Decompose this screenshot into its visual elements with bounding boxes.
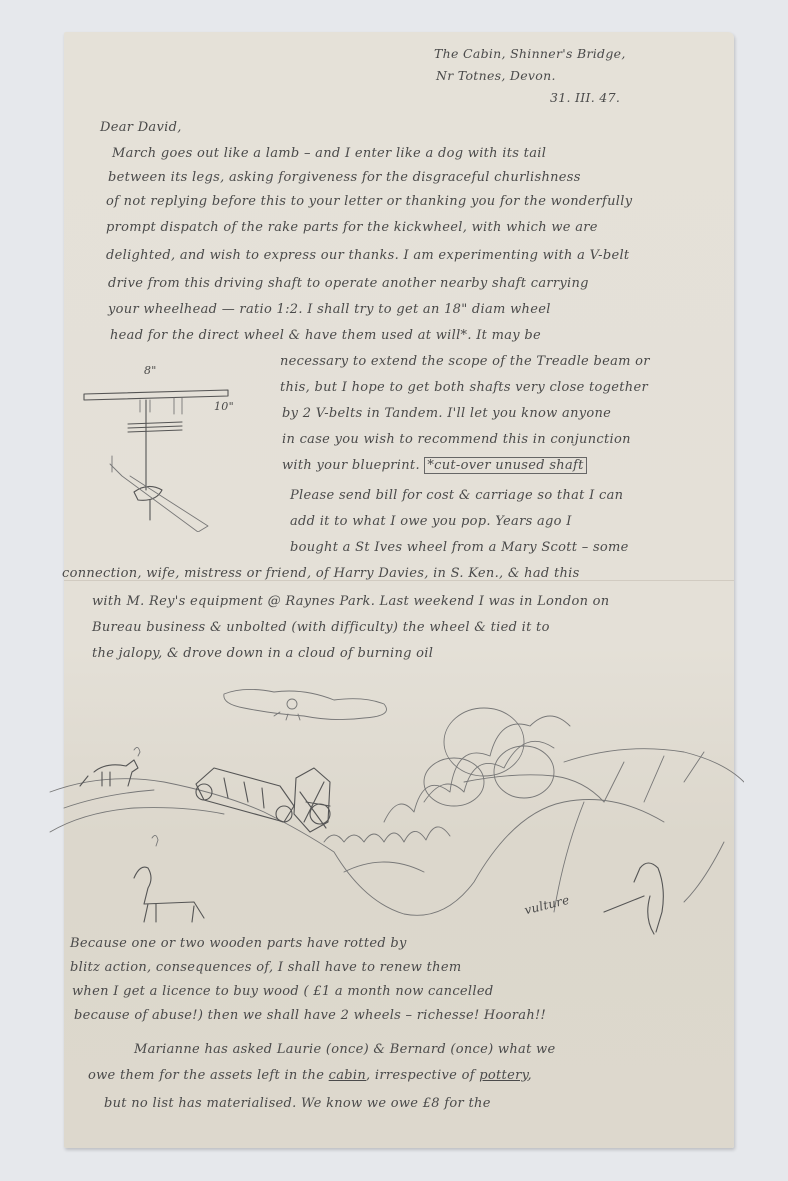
body-line: connection, wife, mistress or friend, of… <box>62 566 580 581</box>
body-line: the jalopy, & drove down in a cloud of b… <box>92 646 433 661</box>
body-text: with your blueprint. <box>282 458 420 473</box>
body-line: by 2 V-belts in Tandem. I'll let you kno… <box>282 406 611 421</box>
sketch-label-10in: 10" <box>214 400 234 413</box>
body-line: drive from this driving shaft to operate… <box>108 276 589 291</box>
address-line-2: Nr Totnes, Devon. <box>436 68 556 83</box>
body-line: prompt dispatch of the rake parts for th… <box>106 220 598 235</box>
letter-paper: The Cabin, Shinner's Bridge, Nr Totnes, … <box>64 32 734 1148</box>
body-line: head for the direct wheel & have them us… <box>110 328 541 343</box>
body-text: , <box>528 1068 532 1083</box>
body-line: Please send bill for cost & carriage so … <box>290 488 623 503</box>
body-line: blitz action, consequences of, I shall h… <box>70 960 461 975</box>
body-line: Marianne has asked Laurie (once) & Berna… <box>134 1042 555 1057</box>
body-line: delighted, and wish to express our thank… <box>106 248 629 263</box>
underlined-word-pottery: pottery <box>479 1068 527 1083</box>
body-line: but no list has materialised. We know we… <box>104 1096 491 1111</box>
body-line: add it to what I owe you pop. Years ago … <box>290 514 572 529</box>
boxed-footnote: *cut-over unused shaft <box>424 457 586 474</box>
jalopy-landscape-sketch <box>44 682 744 942</box>
body-line: with your blueprint. *cut-over unused sh… <box>282 458 587 473</box>
body-line: necessary to extend the scope of the Tre… <box>280 354 650 369</box>
body-line: in case you wish to recommend this in co… <box>282 432 631 447</box>
body-line: your wheelhead — ratio 1:2. I shall try … <box>108 302 551 317</box>
body-line: of not replying before this to your lett… <box>106 194 632 209</box>
address-line-1: The Cabin, Shinner's Bridge, <box>434 46 626 61</box>
salutation: Dear David, <box>100 120 182 135</box>
body-line: when I get a licence to buy wood ( £1 a … <box>72 984 493 999</box>
body-line: owe them for the assets left in the cabi… <box>88 1068 532 1083</box>
body-line: this, but I hope to get both shafts very… <box>280 380 648 395</box>
body-line: between its legs, asking forgiveness for… <box>108 170 581 185</box>
body-line: March goes out like a lamb – and I enter… <box>112 146 546 161</box>
body-line: Because one or two wooden parts have rot… <box>70 936 407 951</box>
body-line: bought a St Ives wheel from a Mary Scott… <box>290 540 629 555</box>
kickwheel-sketch <box>78 372 248 532</box>
body-text: owe them for the assets left in the <box>88 1068 329 1083</box>
sketch-label-8in: 8" <box>144 364 157 377</box>
underlined-word-cabin: cabin <box>329 1068 366 1083</box>
body-line: Bureau business & unbolted (with difficu… <box>92 620 550 635</box>
body-line: with M. Rey's equipment @ Raynes Park. L… <box>92 594 609 609</box>
body-line: because of abuse!) then we shall have 2 … <box>74 1008 546 1023</box>
body-text: , irrespective of <box>366 1068 479 1083</box>
letter-date: 31. III. 47. <box>550 90 620 105</box>
